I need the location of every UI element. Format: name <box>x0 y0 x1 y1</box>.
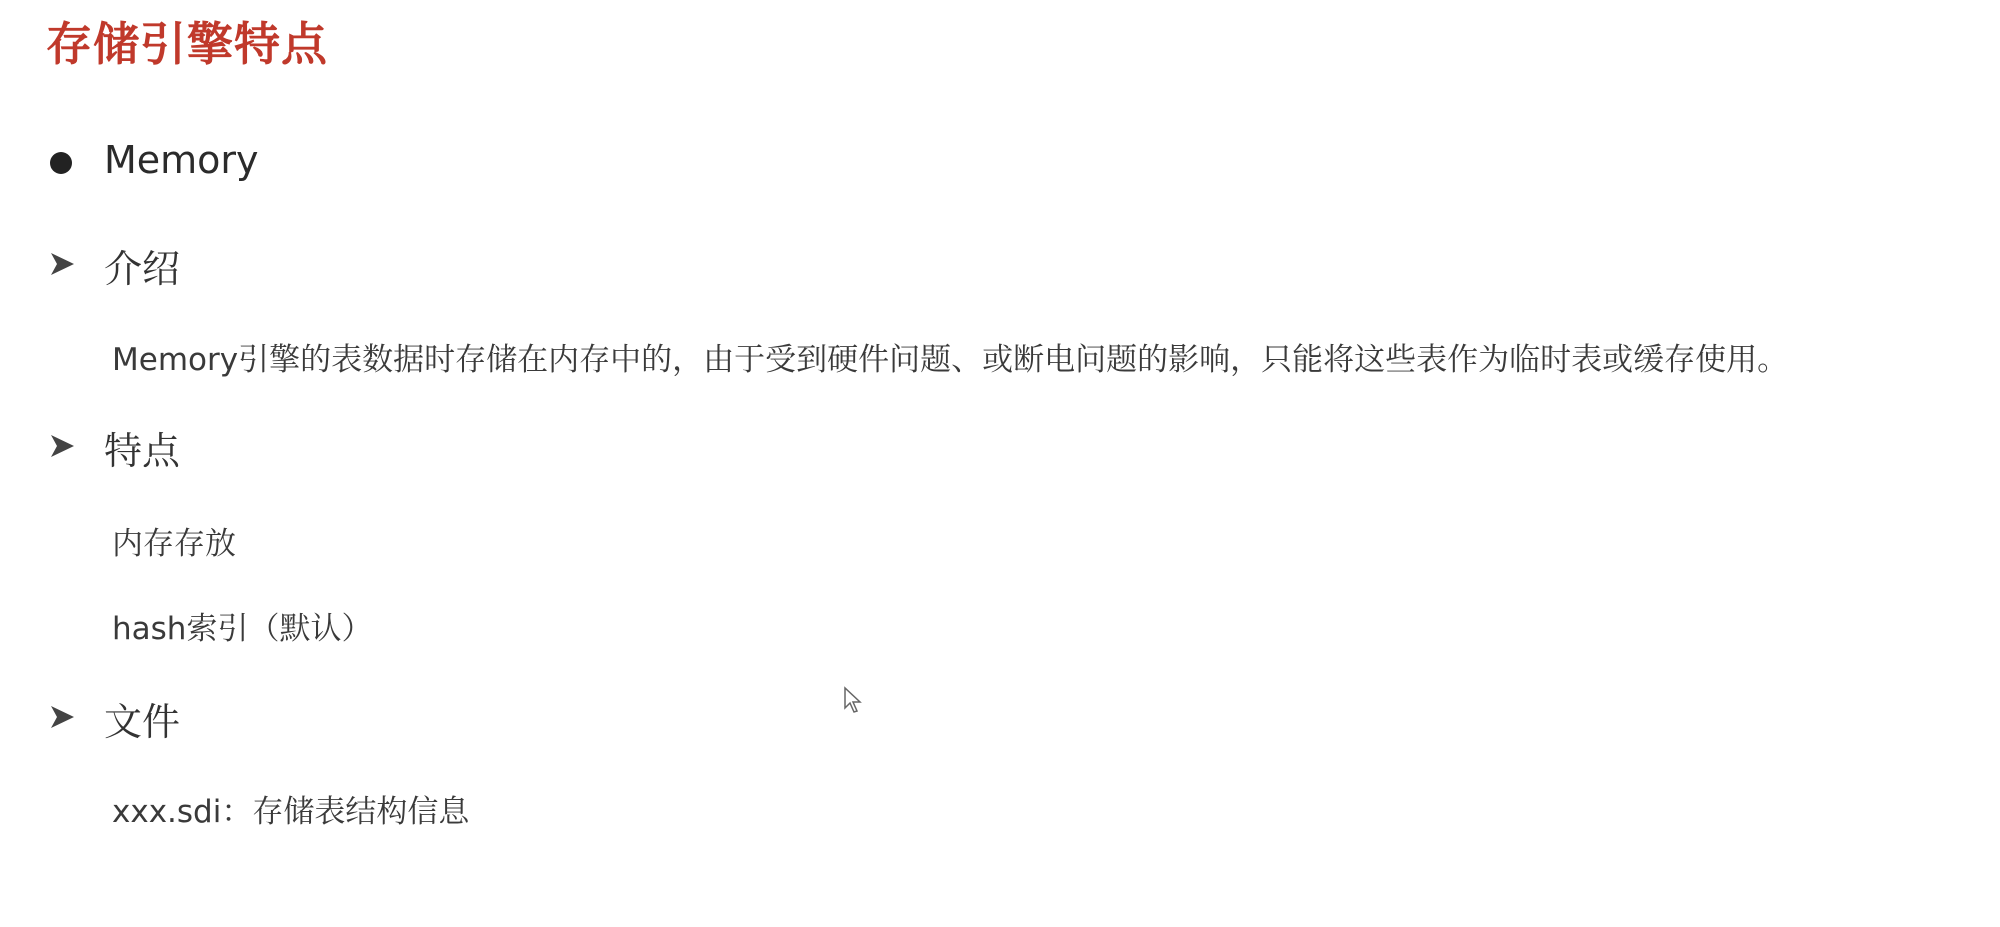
arrow-bullet-icon <box>48 250 76 278</box>
section-heading-features: 特点 <box>104 420 180 475</box>
feature-item: 内存存放 <box>112 518 236 563</box>
arrow-bullet-icon <box>48 432 76 460</box>
section-heading-files: 文件 <box>104 691 180 746</box>
arrow-bullet-icon <box>48 703 76 731</box>
filled-circle-icon <box>50 152 72 174</box>
section-intro-text: Memory引擎的表数据时存储在内存中的，由于受到硬件问题、或断电问题的影响，只… <box>112 334 1788 379</box>
section-heading-intro: 介绍 <box>104 238 180 293</box>
engine-name: Memory <box>104 138 259 182</box>
mouse-cursor-icon <box>843 686 865 716</box>
feature-item: hash索引（默认） <box>112 603 372 648</box>
file-item: xxx.sdi：存储表结构信息 <box>112 786 469 831</box>
slide-title: 存储引擎特点 <box>46 8 328 74</box>
